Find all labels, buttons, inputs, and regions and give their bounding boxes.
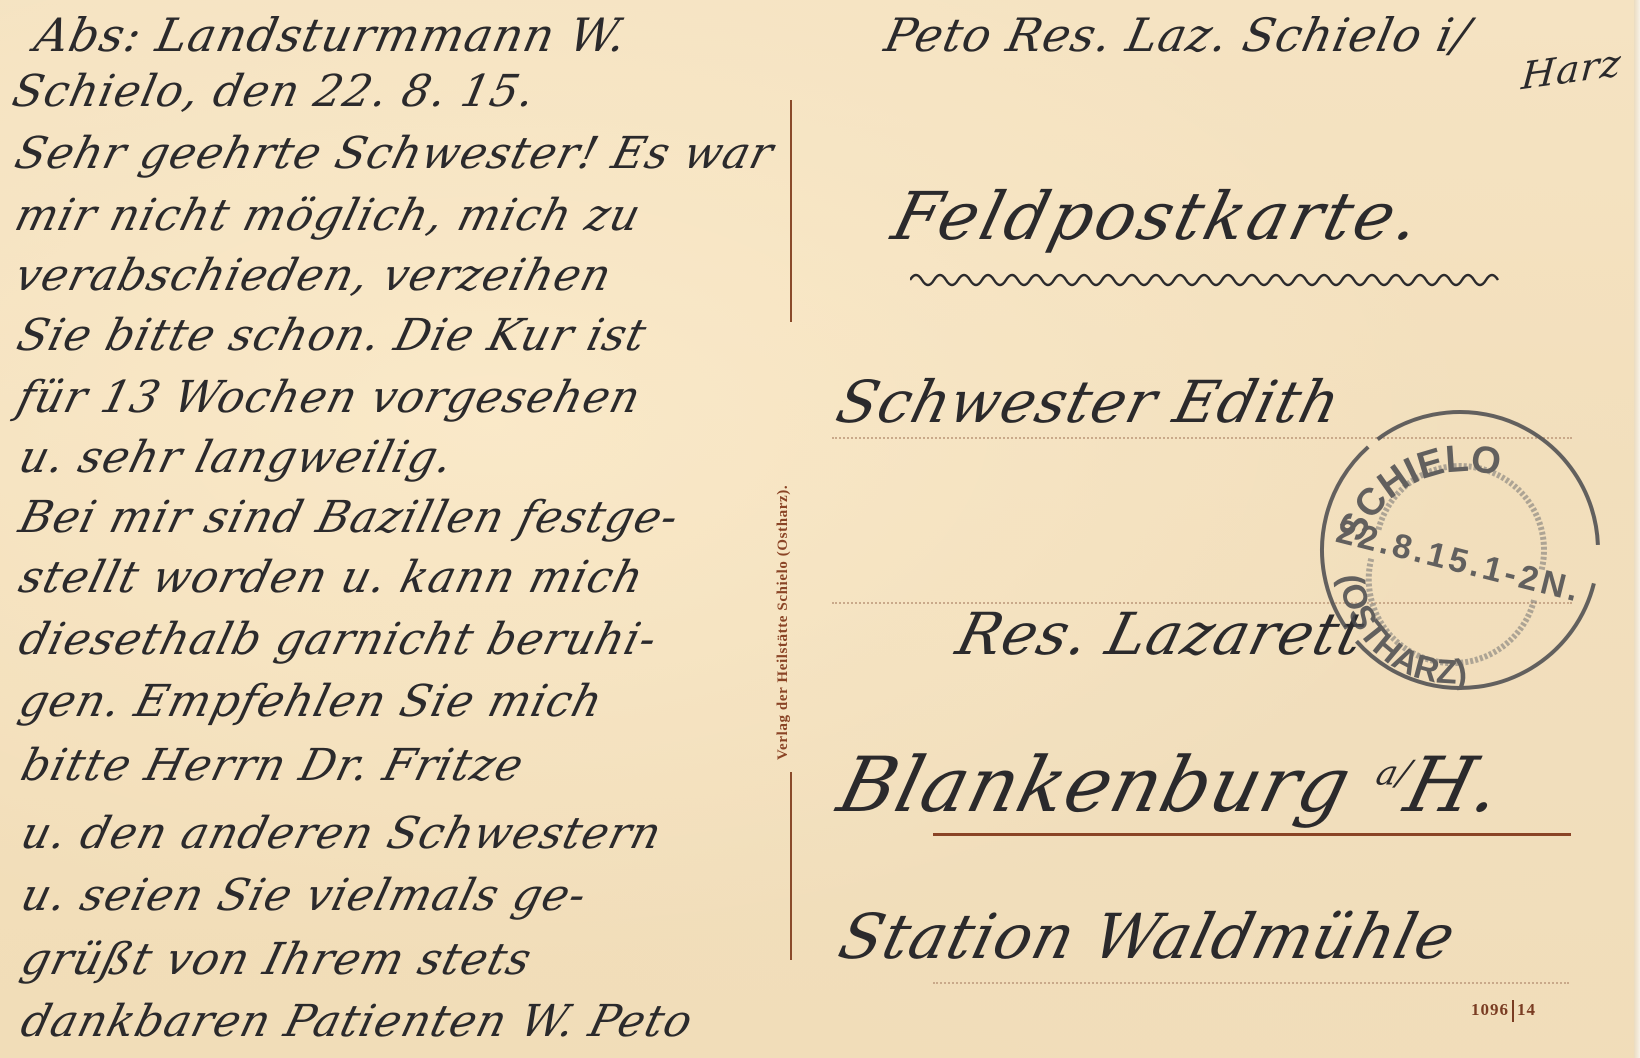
- address-line-3: Blankenburg a/H.: [830, 740, 1512, 829]
- card-edge: [1634, 0, 1640, 1058]
- sender-header-part-b: Peto Res. Laz. Schielo i/: [880, 8, 1476, 62]
- divider-line-bottom: [790, 772, 792, 960]
- message-line: u. sehr langweilig.: [14, 432, 459, 483]
- address-line-4: Station Waldmühle: [832, 900, 1463, 973]
- message-line: u. seien Sie vielmals ge-: [16, 870, 592, 921]
- message-line: bitte Herrn Dr. Fritze: [16, 740, 529, 791]
- message-line: gen. Empfehlen Sie mich: [14, 676, 608, 727]
- place-date: Schielo, den 22. 8. 15.: [8, 66, 540, 117]
- message-line: für 13 Wochen vorgesehen: [12, 372, 646, 423]
- catalog-separator: [1512, 1000, 1514, 1022]
- divider-line-top: [790, 100, 792, 322]
- message-line: stellt worden u. kann mich: [14, 552, 649, 603]
- message-line: u. den anderen Schwestern: [16, 808, 667, 859]
- catalog-number-left: 1096: [1471, 1000, 1509, 1019]
- publisher-imprint: Verlag der Heilstätte Schielo (Ostharz).: [775, 485, 792, 760]
- sender-header-part-a: Abs: Landsturmmann W.: [30, 8, 632, 62]
- message-line: Sehr geehrte Schwester! Es war: [10, 128, 779, 179]
- address-line-1: Schwester Edith: [830, 368, 1348, 436]
- address-guide-line-4: [933, 982, 1569, 984]
- message-line: diesethalb garnicht beruhi-: [14, 614, 662, 665]
- message-line: grüßt von Ihrem stets: [16, 934, 537, 985]
- message-line: dankbaren Patienten W. Peto: [16, 996, 698, 1047]
- message-line: Bei mir sind Bazillen festge-: [14, 492, 684, 543]
- address-city: Blankenburg: [830, 740, 1360, 829]
- postmark-stamp: SCHIELO (OSTHARZ) 22.8.15.1-2N.: [1310, 400, 1610, 700]
- catalog-number-right: 14: [1517, 1000, 1536, 1019]
- catalog-number: 109614: [1471, 1000, 1536, 1022]
- address-guide-line-3: [933, 833, 1571, 836]
- message-line: verabschieden, verzeihen: [10, 250, 617, 301]
- address-line-2: Res. Lazarett: [950, 600, 1371, 668]
- message-line: mir nicht möglich, mich zu: [10, 190, 646, 241]
- title-flourish-underline: [910, 268, 1510, 288]
- message-line: Sie bitte schon. Die Kur ist: [12, 310, 652, 361]
- postmark-region: (OSTHARZ): [1311, 564, 1490, 698]
- card-title: Feldpostkarte.: [885, 178, 1431, 255]
